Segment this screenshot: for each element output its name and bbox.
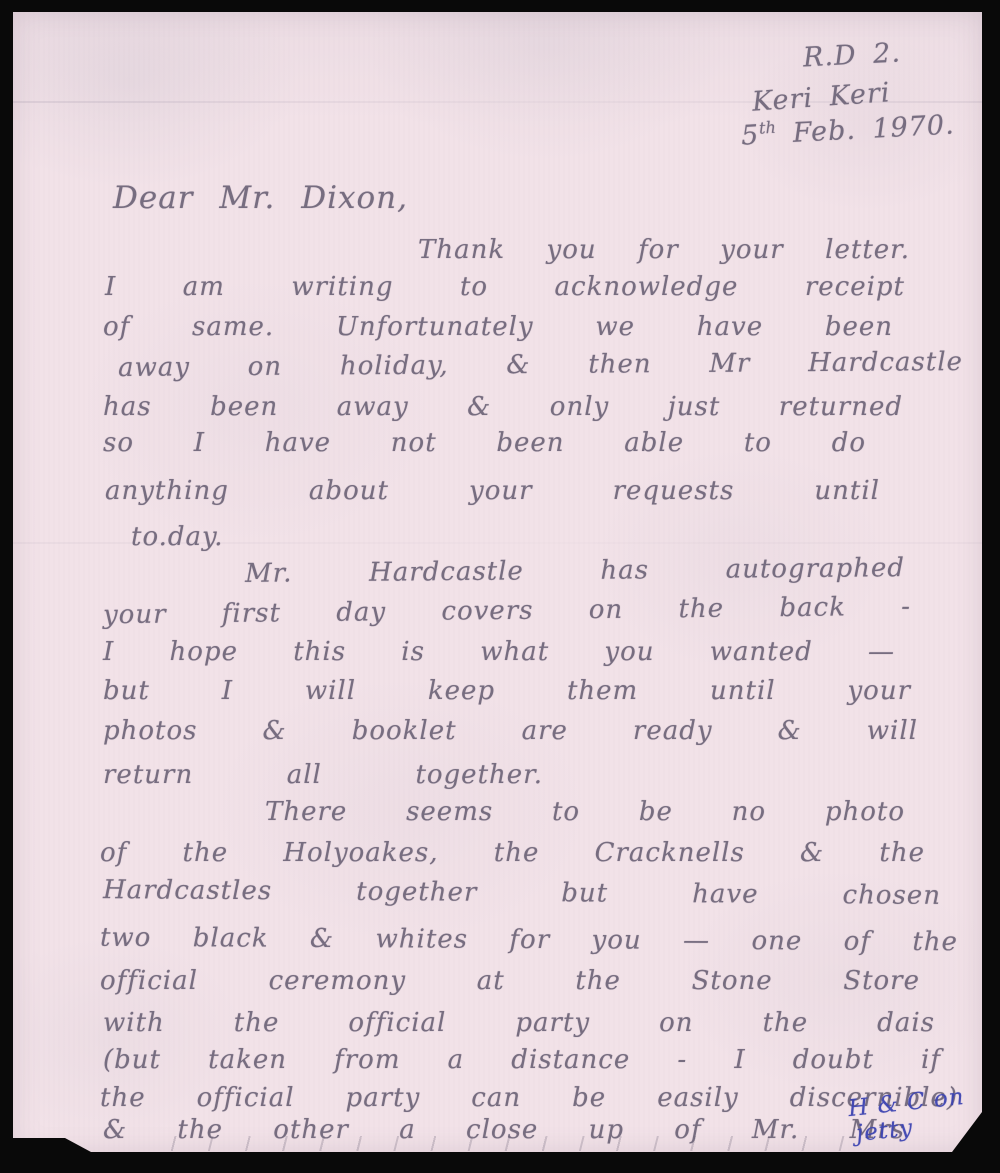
letter-line: Mr. Hardcastle has autographed	[245, 553, 905, 589]
header-address-line: R.D 2.	[802, 37, 901, 73]
letter-line: of the Holyoakes, the Cracknells & the	[100, 838, 925, 868]
cut-off-line-strokes	[158, 1136, 848, 1151]
letter-line: has been away & only just returned	[103, 392, 903, 422]
date-rest: Feb. 1970.	[775, 109, 955, 149]
letter-line: of same. Unfortunately we have been	[103, 312, 893, 342]
letter-paper: R.D 2. Keri Keri 5th Feb. 1970. Dear Mr.…	[13, 12, 982, 1152]
header-place-line: Keri Keri	[751, 77, 891, 118]
margin-note: jetty	[855, 1115, 915, 1147]
date-day: 5	[740, 120, 760, 152]
date-ordinal: th	[758, 118, 776, 138]
letter-line: I am writing to acknowledge receipt	[105, 272, 905, 302]
letter-line: There seems to be no photo	[265, 797, 905, 827]
letter-line: but I will keep them until your	[103, 676, 911, 706]
letter-line: to.day.	[131, 522, 301, 552]
letter-line: the official party can be easily discern…	[100, 1083, 958, 1113]
letter-line: anything about your requests until	[105, 476, 880, 506]
letter-line: I hope this is what you wanted —	[103, 637, 895, 667]
photo-backdrop: R.D 2. Keri Keri 5th Feb. 1970. Dear Mr.…	[0, 0, 1000, 1173]
letter-line: two black & whites for you — one of the	[100, 923, 958, 957]
letter-line: so I have not been able to do	[103, 428, 866, 458]
letter-line: return all together.	[103, 760, 543, 790]
letter-line: with the official party on the dais	[103, 1008, 935, 1038]
letter-line: Thank you for your letter.	[418, 235, 910, 265]
letter-line: Hardcastles together but have chosen	[103, 875, 941, 911]
letter-line: your first day covers on the back -	[103, 592, 911, 630]
letter-line: official ceremony at the Stone Store	[100, 966, 920, 996]
salutation: Dear Mr. Dixon,	[113, 180, 408, 216]
letter-line: (but taken from a distance - I doubt if	[103, 1045, 941, 1075]
letter-line: away on holiday, & then Mr Hardcastle	[118, 347, 963, 383]
letter-line: photos & booklet are ready & will	[103, 716, 918, 746]
